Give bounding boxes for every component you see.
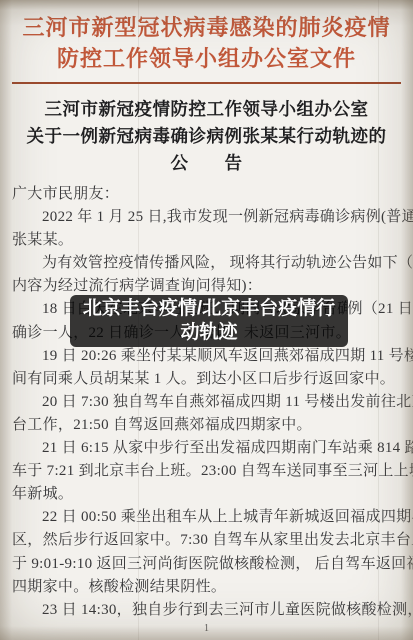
text-segment: 例（21 日	[347, 298, 413, 321]
document-line: 四期家中。核酸检测结果阴性。	[12, 576, 413, 599]
document-line: 间有同乘人员胡某某 1 人。到达小区口后步行返回家中。	[12, 368, 413, 391]
document-line: 2022 年 1 月 25 日,我市发现一例新冠病毒确诊病例(普通型)	[12, 206, 413, 229]
document-line: 广大市民朋友：	[12, 183, 413, 206]
document-line: 台工作，21:50 自驾返回燕郊福成四期家中。	[12, 414, 413, 437]
document-line: 张某某。	[12, 229, 413, 252]
document-line: 年新城。	[12, 483, 413, 506]
document-body: 广大市民朋友：2022 年 1 月 25 日,我市发现一例新冠病毒确诊病例(普通…	[0, 183, 413, 622]
letterhead-line-1: 三河市新型冠状病毒感染的肺炎疫情	[0, 12, 413, 43]
document-line: 20 日 7:30 独自驾车自燕郊福成四期 11 号楼出发前往北京丰	[12, 391, 413, 414]
letterhead-title: 三河市新型冠状病毒感染的肺炎疫情 防控工作领导小组办公室文件	[0, 0, 413, 74]
document-line: 车于 7:21 到北京丰台上班。23:00 自驾车送同事至三河上上城青	[12, 460, 413, 483]
caption-overlay-line-1: 北京丰台疫情/北京丰台疫情行	[83, 297, 335, 321]
document-line: 于 9:01-9:10 返回三河尚街医院做核酸检测， 后自驾车返回福成	[12, 553, 413, 576]
document-line: 22 日 00:50 乘坐出租车从上上城青年新城返回福成四期小	[12, 506, 413, 529]
document-photo: 三河市新型冠状病毒感染的肺炎疫情 防控工作领导小组办公室文件 三河市新冠疫情防控…	[0, 0, 413, 640]
document-line: 区，然后步行返回家中。7:30 自驾车从家里出发去北京丰台上班，	[12, 529, 413, 552]
document-title-line-1: 三河市新冠疫情防控工作领导小组办公室	[0, 96, 413, 123]
document-line: 23 日 14:30，独自步行到去三河市儿童医院做核酸检测，后	[12, 599, 413, 622]
document-title-line-3: 公 告	[0, 150, 413, 177]
document-title-line-2: 关于一例新冠病毒确诊病例张某某行动轨迹的	[0, 123, 413, 150]
document-line: 21 日 6:15 从家中步行至出发福成四期南门车站乘 814 路公交	[12, 437, 413, 460]
caption-overlay-line-2: 动轨迹	[180, 321, 237, 345]
document-title: 三河市新冠疫情防控工作领导小组办公室 关于一例新冠病毒确诊病例张某某行动轨迹的 …	[0, 96, 413, 177]
red-separator-rule	[12, 82, 401, 84]
caption-overlay: 北京丰台疫情/北京丰台疫情行 动轨迹	[70, 295, 348, 347]
page-number: 1	[0, 623, 413, 634]
letterhead-line-2: 防控工作领导小组办公室文件	[0, 43, 413, 74]
document-line: 19 日 20:26 乘坐付某某顺风车返回燕郊福成四期 11 号楼,期	[12, 345, 413, 368]
document-line: 为有效管控疫情传播风险， 现将其行动轨迹公告如下（公告	[12, 252, 413, 275]
